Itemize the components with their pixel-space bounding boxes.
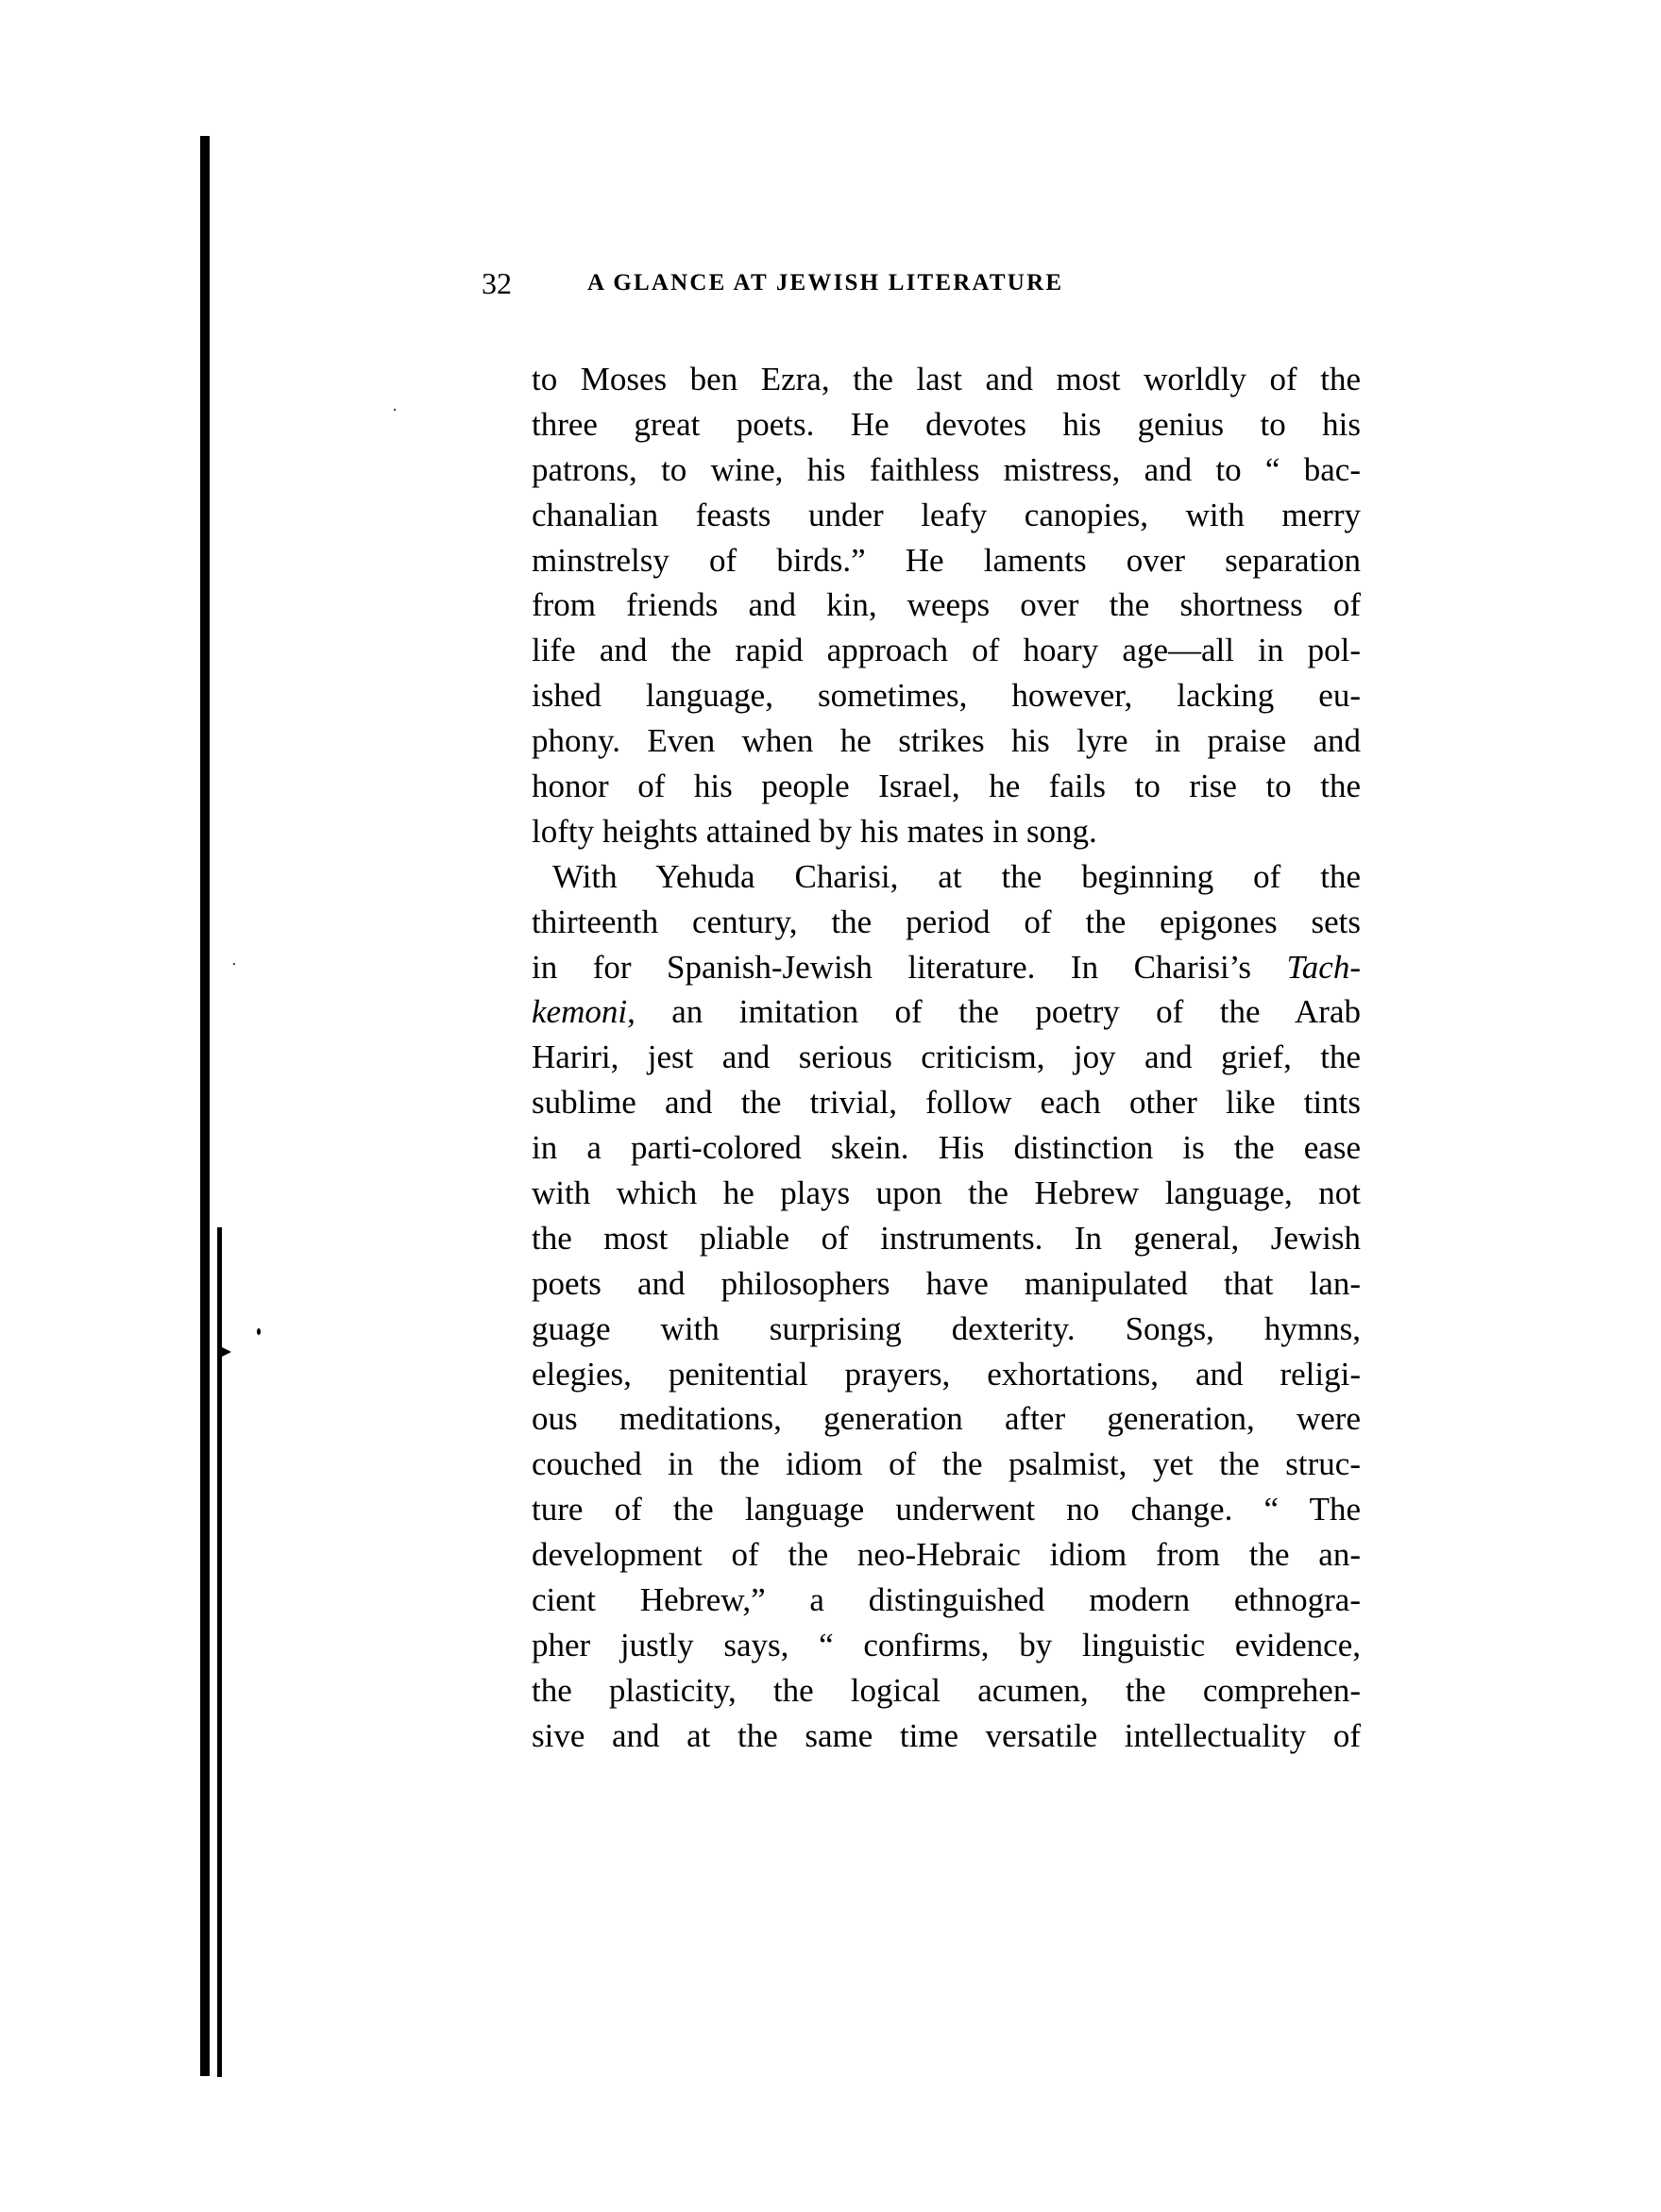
- text-line: chanalian feasts under leafy canopies, w…: [532, 493, 1361, 538]
- text-line: phony. Even when he strikes his lyre in …: [532, 718, 1361, 764]
- text-line: life and the rapid approach of hoary age…: [532, 628, 1361, 673]
- text-line: in a parti-colored skein. His distinctio…: [532, 1125, 1361, 1171]
- text-line-content: thirteenth century, the period of the ep…: [532, 903, 1361, 940]
- text-line-content: honor of his people Israel, he fails to …: [532, 768, 1361, 804]
- text-line: kemoni, an imitation of the poetry of th…: [532, 989, 1361, 1035]
- text-line-content: lofty heights attained by his mates in s…: [532, 813, 1097, 850]
- text-line-content: with which he plays upon the Hebrew lang…: [532, 1174, 1361, 1211]
- text-line: ished language, sometimes, however, lack…: [532, 673, 1361, 718]
- text-line: the most pliable of instruments. In gene…: [532, 1216, 1361, 1261]
- text-line: thirteenth century, the period of the ep…: [532, 900, 1361, 945]
- italic-title: kemoni: [532, 993, 627, 1030]
- text-line-content: With Yehuda Charisi, at the beginning of…: [552, 858, 1361, 895]
- text-line: couched in the idiom of the psalmist, ye…: [532, 1442, 1361, 1487]
- page-header: 32 A GLANCE AT JEWISH LITERATURE: [482, 266, 1360, 313]
- text-line: ous meditations, generation after genera…: [532, 1396, 1361, 1442]
- text-line-content: couched in the idiom of the psalmist, ye…: [532, 1445, 1361, 1482]
- text-line: the plasticity, the logical acumen, the …: [532, 1668, 1361, 1714]
- text-line: from friends and kin, weeps over the sho…: [532, 583, 1361, 628]
- text-line: ture of the language underwent no change…: [532, 1487, 1361, 1532]
- text-line: in for Spanish-Jewish literature. In Cha…: [532, 945, 1361, 990]
- text-line-content: minstrelsy of birds.” He laments over se…: [532, 542, 1361, 579]
- text-line-content: chanalian feasts under leafy canopies, w…: [532, 497, 1361, 533]
- text-line: poets and philosophers have manipulated …: [532, 1261, 1361, 1307]
- text-line-content: patrons, to wine, his faithless mistress…: [532, 451, 1361, 488]
- text-line-content: cient Hebrew,” a distinguished modern et…: [532, 1581, 1361, 1618]
- text-line: honor of his people Israel, he fails to …: [532, 764, 1361, 809]
- italic-title: Tach-: [1287, 949, 1361, 986]
- text-line: development of the neo-Hebraic idiom fro…: [532, 1532, 1361, 1578]
- text-line-content: sublime and the trivial, follow each oth…: [532, 1084, 1361, 1121]
- scan-speck: [233, 963, 235, 965]
- text-line-content: in a parti-colored skein. His distinctio…: [532, 1129, 1361, 1166]
- text-line-content: phony. Even when he strikes his lyre in …: [532, 722, 1361, 759]
- text-line-content: , an imitation of the poetry of the Arab: [627, 993, 1361, 1030]
- text-line-content: from friends and kin, weeps over the sho…: [532, 586, 1361, 623]
- text-line: sublime and the trivial, follow each oth…: [532, 1080, 1361, 1125]
- text-line-content: Hariri, jest and serious criticism, joy …: [532, 1038, 1361, 1075]
- text-line: sive and at the same time versatile inte…: [532, 1714, 1361, 1759]
- text-line-content: to Moses ben Ezra, the last and most wor…: [532, 361, 1361, 397]
- text-line: three great poets. He devotes his genius…: [532, 402, 1361, 447]
- text-line-content: poets and philosophers have manipulated …: [532, 1265, 1361, 1302]
- text-line: patrons, to wine, his faithless mistress…: [532, 447, 1361, 493]
- text-line-content: ture of the language underwent no change…: [532, 1491, 1361, 1528]
- scan-speck: [257, 1328, 261, 1335]
- book-page: 32 A GLANCE AT JEWISH LITERATURE to Mose…: [0, 0, 1661, 2212]
- text-line-content: ous meditations, generation after genera…: [532, 1400, 1361, 1437]
- text-line-content: pher justly says, “ confirms, by linguis…: [532, 1627, 1361, 1663]
- text-line-content: development of the neo-Hebraic idiom fro…: [532, 1536, 1361, 1573]
- text-line: Hariri, jest and serious criticism, joy …: [532, 1035, 1361, 1080]
- scan-speck: [394, 409, 396, 411]
- page-number: 32: [482, 266, 512, 301]
- text-line: pher justly says, “ confirms, by linguis…: [532, 1623, 1361, 1668]
- text-line-content: ished language, sometimes, however, lack…: [532, 677, 1361, 714]
- text-line-content: in for Spanish-Jewish literature. In Cha…: [532, 949, 1287, 986]
- text-line: elegies, penitential prayers, exhortatio…: [532, 1352, 1361, 1397]
- text-line-content: the most pliable of instruments. In gene…: [532, 1220, 1361, 1257]
- text-line: cient Hebrew,” a distinguished modern et…: [532, 1578, 1361, 1623]
- text-line: guage with surprising dexterity. Songs, …: [532, 1307, 1361, 1352]
- text-line: With Yehuda Charisi, at the beginning of…: [532, 854, 1361, 900]
- text-line: lofty heights attained by his mates in s…: [532, 809, 1361, 854]
- binding-edge-rule: [200, 136, 210, 2076]
- text-line: with which he plays upon the Hebrew lang…: [532, 1171, 1361, 1216]
- running-head: A GLANCE AT JEWISH LITERATURE: [587, 270, 1063, 296]
- text-line-content: life and the rapid approach of hoary age…: [532, 632, 1361, 668]
- text-line: to Moses ben Ezra, the last and most wor…: [532, 357, 1361, 402]
- text-line-content: the plasticity, the logical acumen, the …: [532, 1672, 1361, 1709]
- text-line-content: sive and at the same time versatile inte…: [532, 1717, 1361, 1754]
- text-line: minstrelsy of birds.” He laments over se…: [532, 538, 1361, 583]
- binding-notch-mark: [218, 1345, 231, 1359]
- body-text: to Moses ben Ezra, the last and most wor…: [532, 357, 1361, 1759]
- text-line-content: elegies, penitential prayers, exhortatio…: [532, 1356, 1361, 1393]
- text-line-content: guage with surprising dexterity. Songs, …: [532, 1310, 1361, 1347]
- text-line-content: three great poets. He devotes his genius…: [532, 406, 1361, 443]
